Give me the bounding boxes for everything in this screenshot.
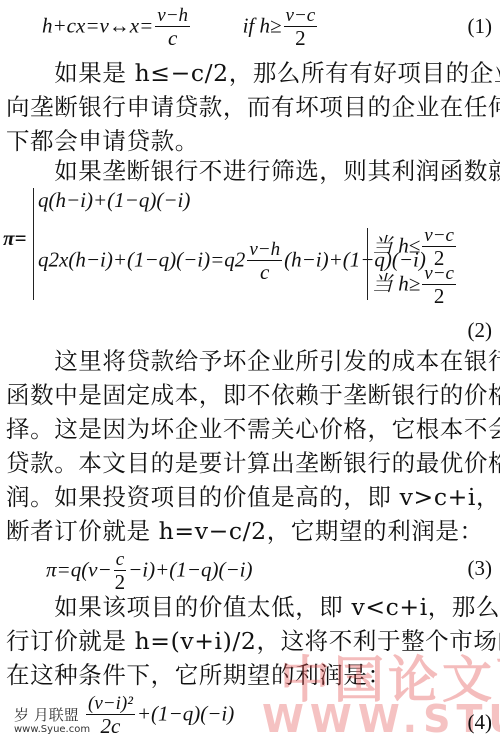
equation-3: π=q(v−c2−i)+(1−q)(−i) — [46, 550, 252, 593]
equation-number-4: (4) — [468, 710, 493, 735]
watermark-en: WWW.STUD — [262, 697, 500, 741]
equation-4: (v−i)²2c+(1−q)(−i) — [84, 694, 234, 737]
text-line: 如果垄断银行不进行筛选，则其利润函数就是： — [6, 154, 500, 188]
eq2-condition-brace — [367, 228, 368, 300]
equation-number-3: (3) — [468, 556, 493, 581]
eq1-lhs: h+cx=v↔x= — [42, 13, 153, 37]
eq2-lhs: π= — [3, 226, 26, 251]
text-line: 断者订价就是 h=v−c/2，它期望的利润是： — [6, 514, 500, 548]
eq2-condition-2: 当 h≥v−c2 — [372, 264, 458, 307]
eq1-condition-fraction: v−c2 — [284, 6, 318, 49]
text-line: 函数中是固定成本，即不依赖于垄断银行的价格选 — [6, 378, 500, 412]
text-line: 润。如果投资项目的价值是高的，即 v>c+i，那么垄 — [6, 480, 500, 514]
eq2-left-brace — [33, 188, 34, 300]
text-line: 择。这是因为坏企业不需关心价格，它根本不会偿付 — [6, 412, 500, 446]
equation-number-2: (2) — [468, 318, 493, 343]
text-line: 向垄断银行申请贷款，而有坏项目的企业在任何条件 — [6, 90, 500, 124]
text-line: 贷款。本文目的是要计算出垄断银行的最优价格与利 — [6, 446, 500, 480]
paragraph-2: 如果垄断银行不进行筛选，则其利润函数就是： — [6, 154, 500, 188]
paragraph-3: 这里将贷款给予坏企业所引发的成本在银行利润 函数中是固定成本，即不依赖于垄断银行… — [6, 344, 500, 548]
paragraph-1: 如果是 h≤−c/2，那么所有有好项目的企业就会 向垄断银行申请贷款，而有坏项目… — [6, 56, 500, 158]
text-line: 如果是 h≤−c/2，那么所有有好项目的企业就会 — [6, 56, 500, 90]
watermark-corner-cn: 岁 月联盟 — [14, 704, 79, 725]
text-line: 如果该项目的价值太低，即 v<c+i，那么垄断银 — [6, 590, 500, 624]
eq2-case-1: q(h−i)+(1−q)(−i) — [38, 188, 190, 213]
watermark-corner-en: www.Syue.com — [14, 724, 90, 735]
eq1-fraction: v−hc — [155, 6, 190, 49]
equation-number-1: (1) — [468, 14, 493, 39]
text-line: 下都会申请贷款。 — [6, 124, 500, 158]
text-line: 这里将贷款给予坏企业所引发的成本在银行利润 — [6, 344, 500, 378]
eq1-condition: if h≥ — [243, 13, 282, 37]
equation-1: h+cx=v↔x=v−hc if h≥v−c2 — [42, 6, 319, 49]
eq2-case2-fraction: v−hc — [247, 240, 282, 283]
